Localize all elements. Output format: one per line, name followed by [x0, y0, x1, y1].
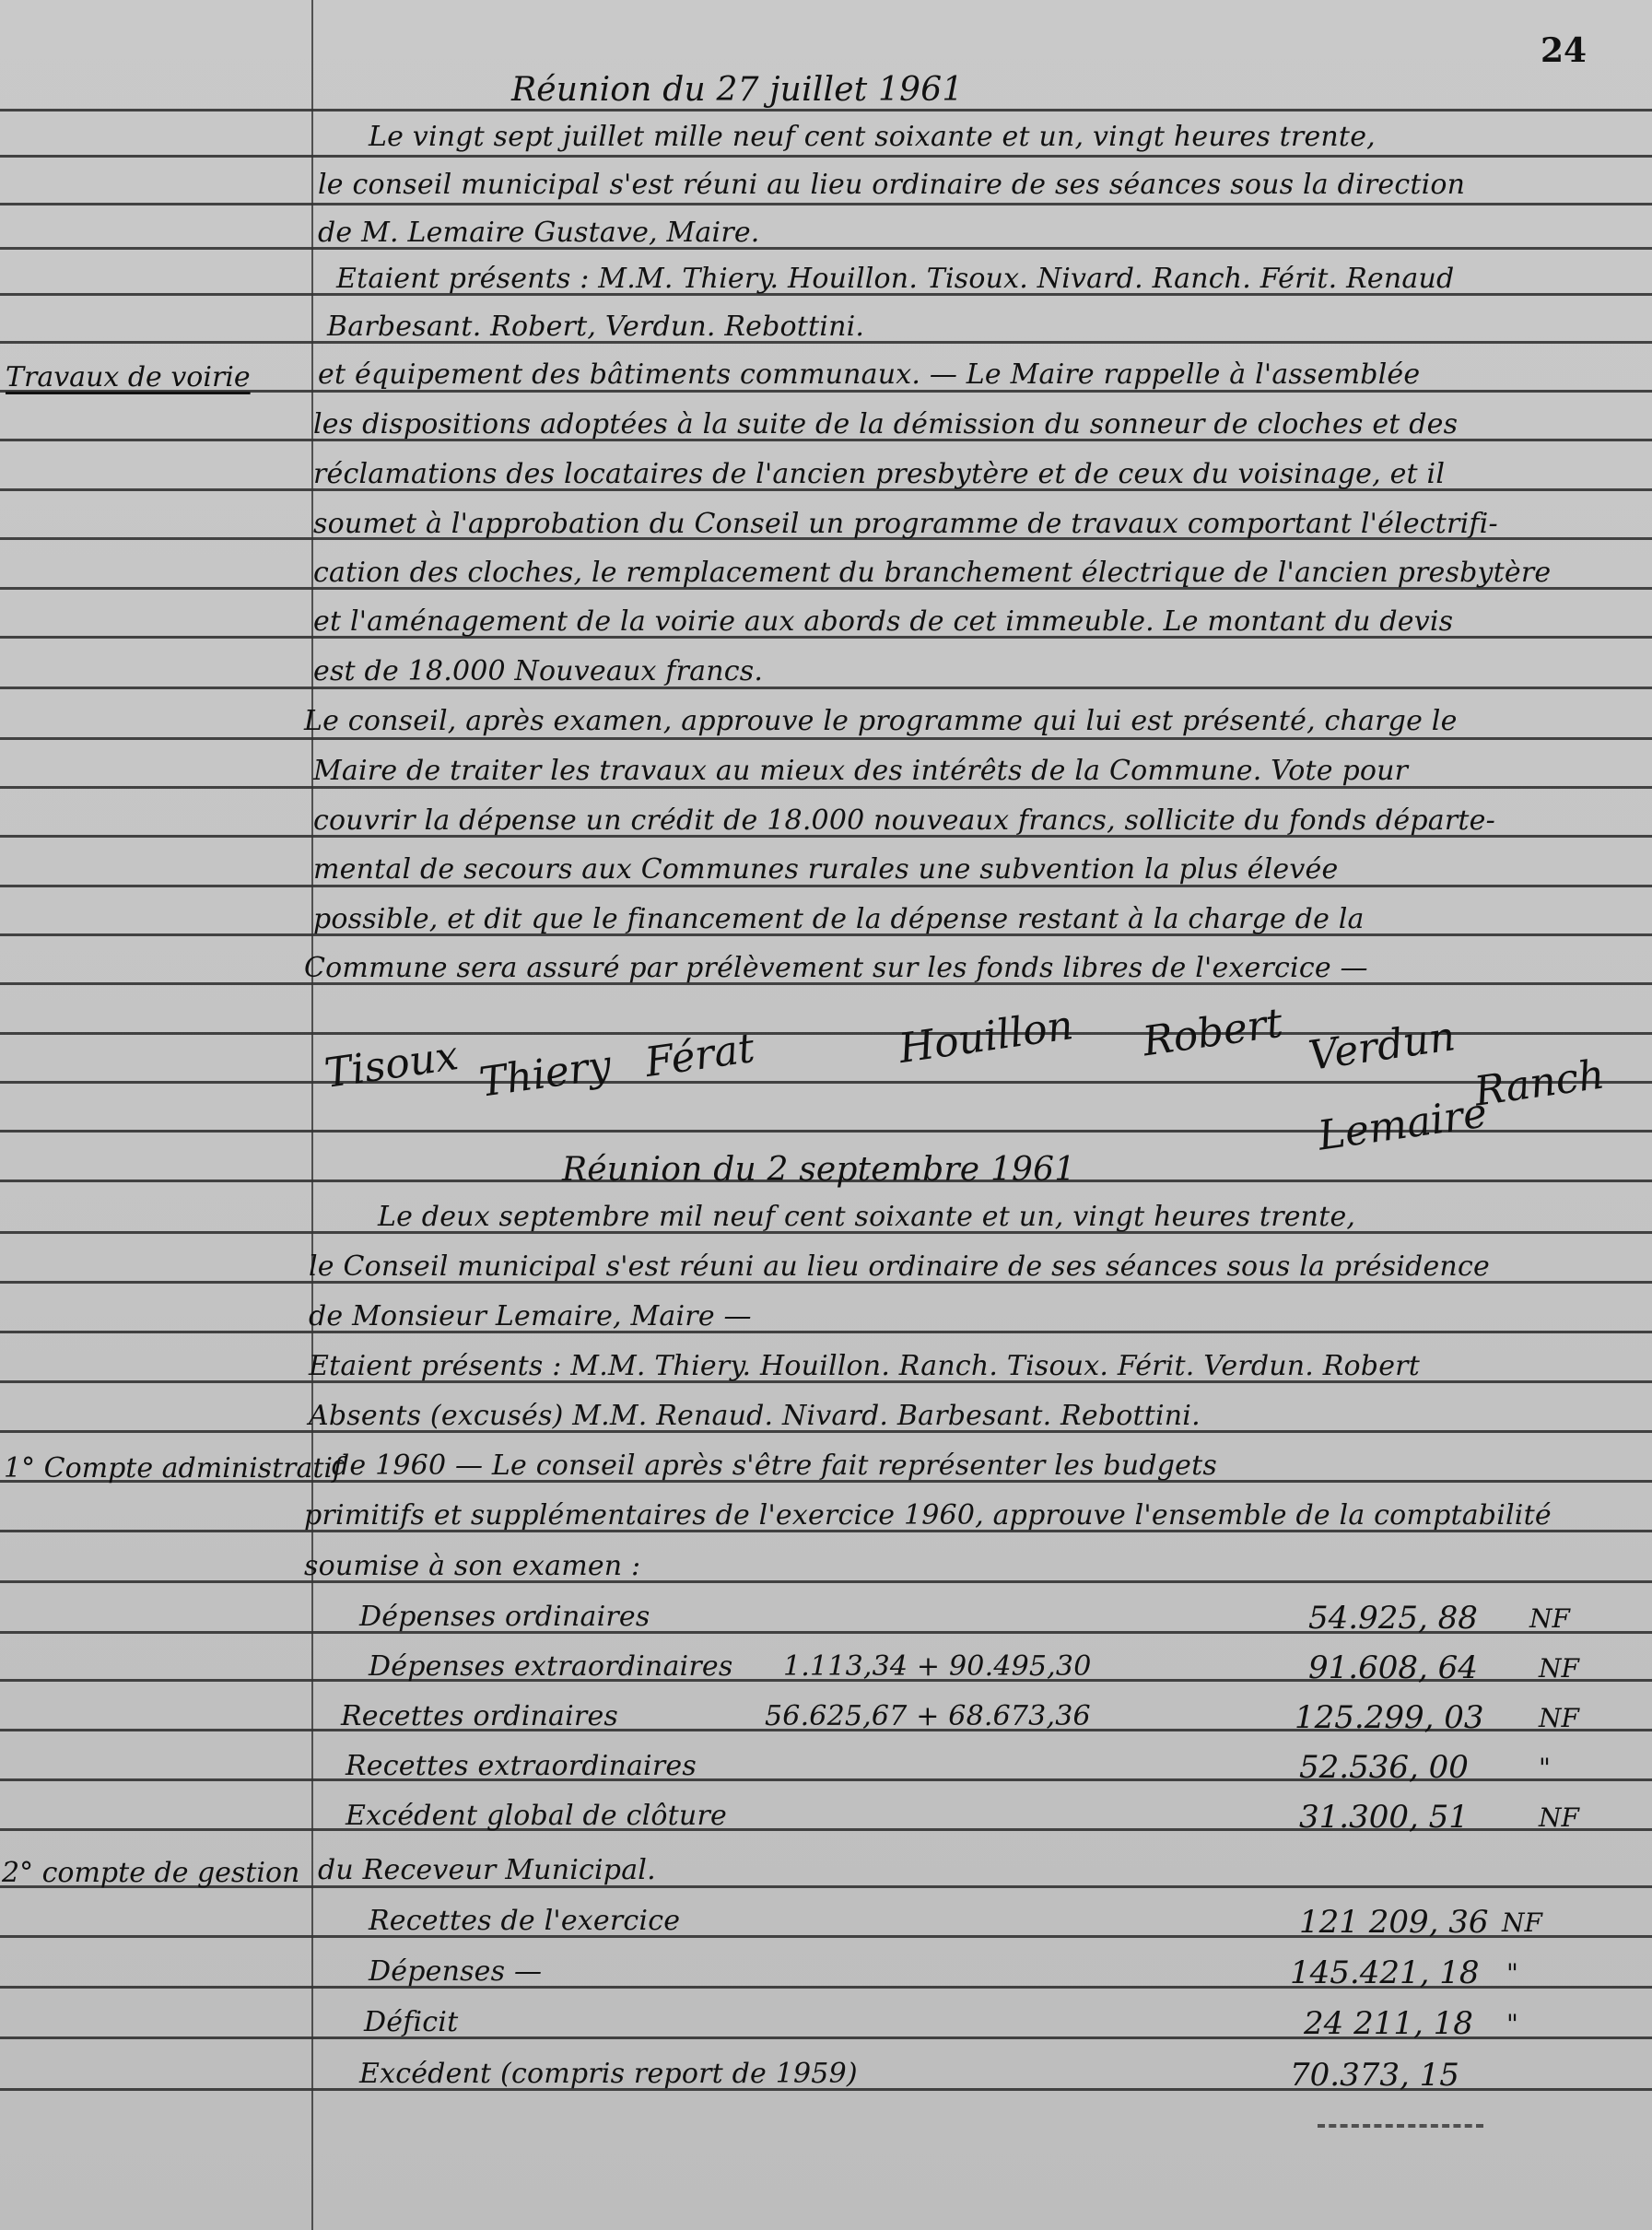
- signature: Thiery: [476, 1041, 614, 1107]
- ruled-line: [0, 247, 1652, 250]
- closing-dash-line: [1318, 2124, 1483, 2128]
- account-label: Dépenses ordinaires: [359, 1603, 650, 1631]
- margin-note: 2° compte de gestion: [2, 1857, 299, 1889]
- signature: Houillon: [896, 1002, 1075, 1073]
- ruled-line: [0, 1331, 1652, 1333]
- account-unit: ": [1506, 2009, 1518, 2039]
- text-line: Le vingt sept juillet mille neuf cent so…: [369, 123, 1376, 151]
- signature: Ranch: [1471, 1050, 1607, 1115]
- account-label: Excédent (compris report de 1959): [359, 2060, 858, 2088]
- account-amount: 121 209, 36: [1299, 1904, 1488, 1941]
- text-line: Commune sera assuré par prélèvement sur …: [304, 955, 1368, 982]
- account-label: Dépenses extraordinaires: [369, 1653, 732, 1681]
- account-unit: NF: [1539, 1653, 1579, 1684]
- account-detail: 1.113,34 + 90.495,30: [783, 1653, 1091, 1681]
- account-amount: 145.421, 18: [1290, 1954, 1479, 1991]
- item-heading: du Receveur Municipal.: [318, 1857, 656, 1884]
- ruled-line: [0, 155, 1652, 158]
- text-line: le Conseil municipal s'est réuni au lieu…: [309, 1253, 1490, 1281]
- text-line: primitifs et supplémentaires de l'exerci…: [304, 1502, 1552, 1530]
- margin-note: 1° Compte administratif: [4, 1452, 343, 1485]
- ruled-line: [0, 1081, 1652, 1084]
- margin-line: [311, 0, 313, 2230]
- text-line: cation des cloches, le remplacement du b…: [313, 559, 1551, 587]
- item-heading: et équipement des bâtiments communaux. —…: [318, 361, 1420, 389]
- account-label: Dépenses —: [369, 1958, 542, 1986]
- account-unit: NF: [1502, 1907, 1542, 1938]
- ruled-line: [0, 1580, 1652, 1583]
- text-line: soumet à l'approbation du Conseil un pro…: [313, 511, 1498, 538]
- text-line: réclamations des locataires de l'ancien …: [313, 461, 1445, 488]
- account-amount: 24 211, 18: [1304, 2005, 1473, 2042]
- text-line: le conseil municipal s'est réuni au lieu…: [318, 171, 1465, 199]
- text-line: Etaient présents : M.M. Thiery. Houillon…: [309, 1353, 1420, 1380]
- ruled-line: [0, 203, 1652, 205]
- text-line: est de 18.000 Nouveaux francs.: [313, 658, 763, 686]
- text-line: Absents (excusés) M.M. Renaud. Nivard. B…: [309, 1403, 1201, 1430]
- account-detail: 56.625,67 + 68.673,36: [765, 1703, 1091, 1731]
- margin-note: Travaux de voirie: [6, 361, 251, 393]
- text-line: Barbesant. Robert, Verdun. Rebottini.: [327, 313, 864, 341]
- text-line: de Monsieur Lemaire, Maire —: [309, 1303, 752, 1331]
- signature: Tisoux: [322, 1032, 461, 1097]
- ruled-line: [0, 109, 1652, 111]
- text-line: possible, et dit que le financement de l…: [313, 906, 1365, 933]
- signature: Robert: [1140, 1000, 1285, 1066]
- text-line: Maire de traiter les travaux au mieux de…: [313, 757, 1408, 785]
- text-line: les dispositions adoptées à la suite de …: [313, 411, 1458, 439]
- page-number: 24: [1541, 31, 1587, 70]
- text-line: Etaient présents : M.M. Thiery. Houillon…: [336, 265, 1454, 293]
- account-amount: 52.536, 00: [1299, 1749, 1469, 1786]
- account-amount: 31.300, 51: [1299, 1799, 1469, 1836]
- account-unit: NF: [1539, 1802, 1579, 1833]
- account-amount: 125.299, 03: [1295, 1699, 1483, 1736]
- signature: Lemaire: [1315, 1089, 1490, 1159]
- account-label: Recettes extraordinaires: [346, 1753, 697, 1780]
- meeting-title: Réunion du 27 juillet 1961: [511, 74, 963, 107]
- text-line: et l'aménagement de la voirie aux abords…: [313, 608, 1453, 636]
- text-line: de M. Lemaire Gustave, Maire.: [318, 219, 760, 247]
- signature: Verdun: [1306, 1013, 1458, 1080]
- account-unit: ": [1539, 1753, 1551, 1783]
- text-line: mental de secours aux Communes rurales u…: [313, 856, 1338, 884]
- ruled-line: [0, 737, 1652, 740]
- account-label: Recettes ordinaires: [341, 1703, 618, 1731]
- account-label: Recettes de l'exercice: [369, 1907, 680, 1935]
- account-unit: NF: [1529, 1603, 1570, 1634]
- text-line: Le conseil, après examen, approuve le pr…: [304, 708, 1458, 735]
- account-label: Excédent global de clôture: [346, 1802, 727, 1830]
- text-line: couvrir la dépense un crédit de 18.000 n…: [313, 807, 1495, 835]
- account-unit: NF: [1539, 1703, 1579, 1733]
- text-line: Le deux septembre mil neuf cent soixante…: [378, 1203, 1355, 1231]
- meeting-title: Réunion du 2 septembre 1961: [562, 1154, 1075, 1187]
- account-amount: 54.925, 88: [1308, 1600, 1478, 1637]
- account-unit: ": [1506, 1958, 1518, 1989]
- account-label: Déficit: [364, 2009, 458, 2036]
- item-heading: de 1960 — Le conseil après s'être fait r…: [332, 1452, 1217, 1480]
- ledger-page: 24 Réunion du 27 juillet 1961 Le vingt s…: [0, 0, 1652, 2230]
- ruled-line: [0, 687, 1652, 689]
- text-line: soumise à son examen :: [304, 1553, 640, 1580]
- account-amount: 91.608, 64: [1308, 1649, 1478, 1686]
- account-amount: 70.373, 15: [1290, 2057, 1459, 2094]
